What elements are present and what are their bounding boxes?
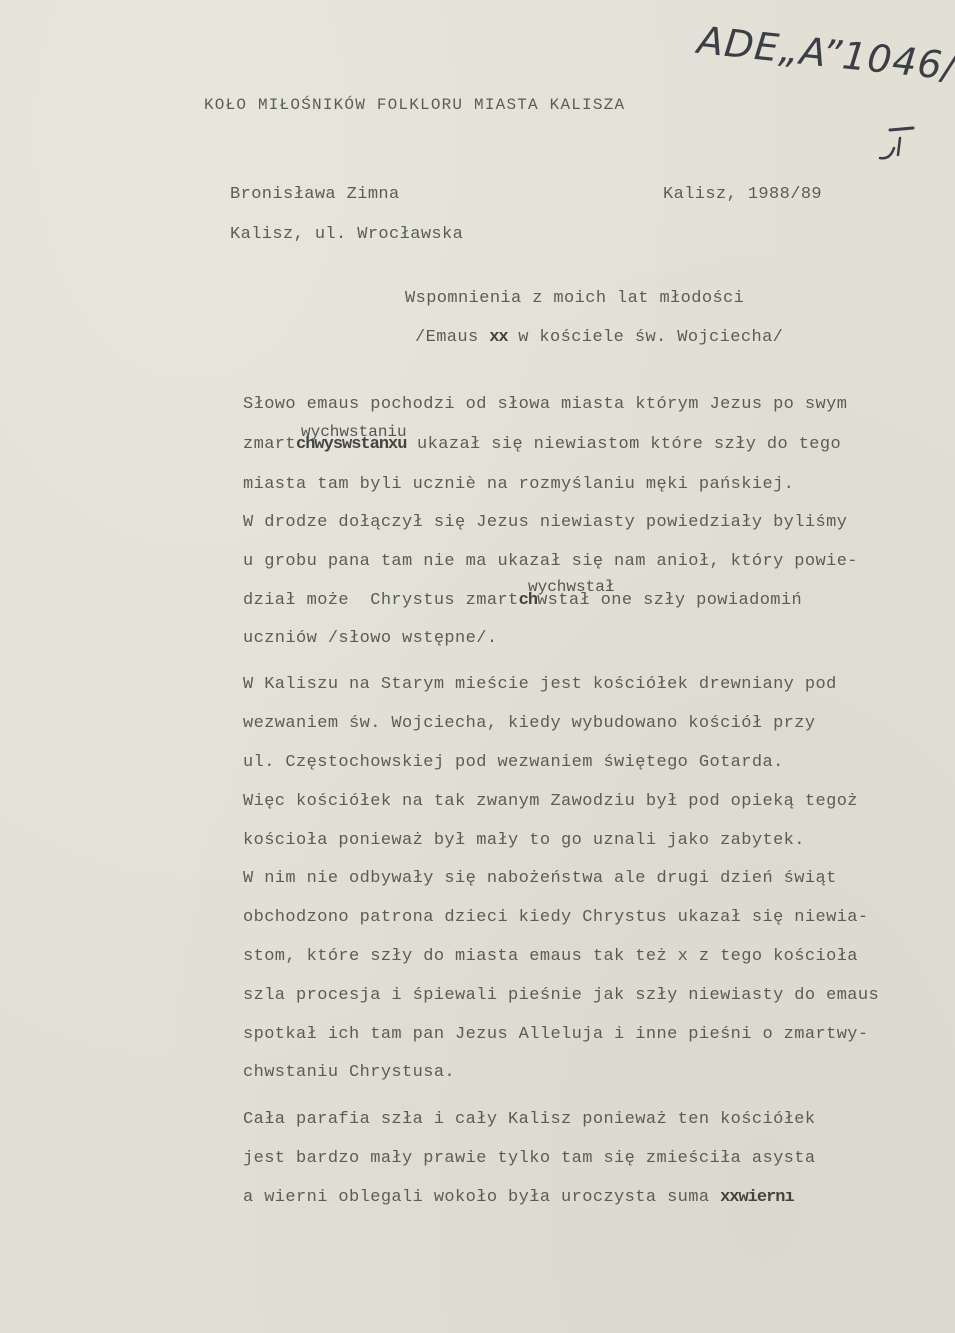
text-line: W drodze dołączył się Jezus niewiasty po… xyxy=(243,513,847,532)
text-line: uczniów /słowo wstępne/. xyxy=(243,629,497,648)
text-line: kościoła ponieważ był mały to go uznali … xyxy=(243,831,805,850)
text-line: Więc kościółek na tak zwanym Zawodziu by… xyxy=(243,792,858,811)
text-line: u grobu pana tam nie ma ukazał się nam a… xyxy=(243,552,858,571)
text-line: wezwaniem św. Wojciecha, kiedy wybudowan… xyxy=(243,714,816,733)
document-page: ADE„A”1046/ KOŁO MIŁOŚNIKÓW FOLKLORU MIA… xyxy=(0,0,955,1333)
place-date: Kalisz, 1988/89 xyxy=(663,185,822,204)
text-line: a wierni oblegali wokoło była uroczysta … xyxy=(243,1188,794,1207)
text-line: chwstaniu Chrystusa. xyxy=(243,1063,455,1082)
text-line: dział może Chrystus zmartchwstał one szł… xyxy=(243,591,802,610)
struck-text: xx xyxy=(489,328,507,347)
text-fragment: a wierni oblegali wokoło była uroczysta … xyxy=(243,1188,720,1207)
handwritten-tick-marks xyxy=(868,60,928,170)
text-line: ul. Częstochowskiej pod wezwaniem święte… xyxy=(243,753,784,772)
subtitle-text: w kościele św. Wojciecha/ xyxy=(508,328,784,347)
struck-text: xxwiernı xyxy=(720,1188,794,1207)
text-fragment: zmart xyxy=(243,435,296,454)
document-subtitle: /Emaus xx w kościele św. Wojciecha/ xyxy=(415,328,783,347)
text-fragment: dział może Chrystus zmart xyxy=(243,591,519,610)
text-line: miasta tam byli uczniè na rozmyślaniu mę… xyxy=(243,475,794,494)
organization-header: KOŁO MIŁOŚNIKÓW FOLKLORU MIASTA KALISZA xyxy=(204,96,625,114)
text-line: Cała parafia szła i cały Kalisz ponieważ… xyxy=(243,1110,816,1129)
text-line: stom, które szły do miasta emaus tak też… xyxy=(243,947,858,966)
text-line: W nim nie odbywały się nabożeństwa ale d… xyxy=(243,869,837,888)
text-line: szla procesja i śpiewali pieśnie jak szł… xyxy=(243,986,879,1005)
text-line: spotkał ich tam pan Jezus Alleluja i inn… xyxy=(243,1025,869,1044)
text-line: obchodzono patrona dzieci kiedy Chrystus… xyxy=(243,908,869,927)
text-fragment: one szły powiadomiń xyxy=(590,591,802,610)
subtitle-text: /Emaus xyxy=(415,328,489,347)
text-line: jest bardzo mały prawie tylko tam się zm… xyxy=(243,1149,816,1168)
author-name: Bronisława Zimna xyxy=(230,185,400,204)
typed-correction: wychwstał xyxy=(528,578,614,596)
text-line: Słowo emaus pochodzi od słowa miasta któ… xyxy=(243,395,847,414)
document-title: Wspomnienia z moich lat młodości xyxy=(405,289,744,308)
text-fragment: ukazał się niewiastom które szły do tego xyxy=(406,435,841,454)
text-line: W Kaliszu na Starym mieście jest kościół… xyxy=(243,675,837,694)
typed-correction: wychwstaniu xyxy=(301,423,407,441)
author-address: Kalisz, ul. Wrocławska xyxy=(230,225,463,244)
